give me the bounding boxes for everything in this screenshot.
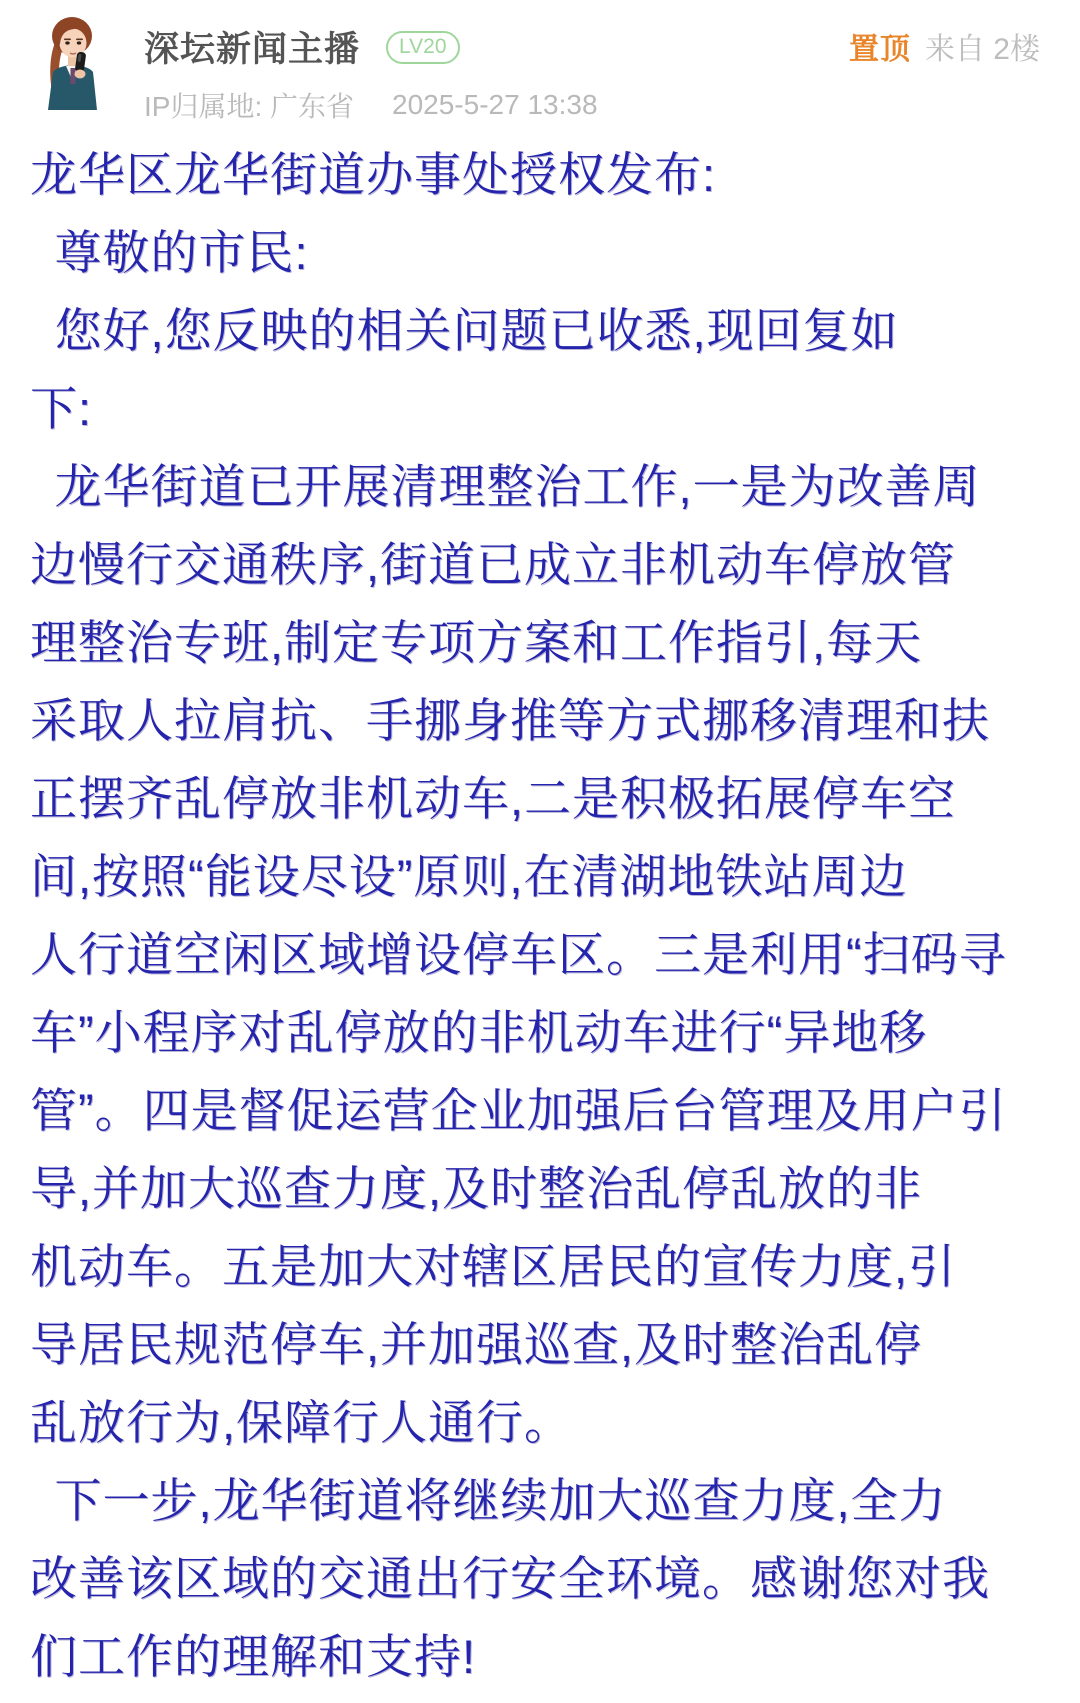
body-text-line: 车”小程序对乱停放的非机动车进行“异地移 (30, 994, 1052, 1072)
post-header: 深坛新闻主播 LV20 IP归属地: 广东省 2025-5-27 13:38 置… (0, 0, 1080, 120)
user-avatar[interactable] (40, 14, 100, 110)
body-text-line: 下一步,龙华街道将继续加大巡查力度,全力 (30, 1462, 1052, 1540)
forum-post-card: 深坛新闻主播 LV20 IP归属地: 广东省 2025-5-27 13:38 置… (0, 0, 1080, 1703)
news-anchor-avatar-icon (40, 14, 100, 110)
body-text-line: 管”。四是督促运营企业加强后台管理及用户引 (30, 1072, 1052, 1150)
body-text-line: 下: (30, 370, 1052, 448)
post-body-text: 龙华区龙华街道办事处授权发布: 尊敬的市民: 您好,您反映的相关问题已收悉,现回… (30, 136, 1052, 1696)
body-text-line: 正摆齐乱停放非机动车,二是积极拓展停车空 (30, 760, 1052, 838)
body-text-line: 乱放行为,保障行人通行。 (30, 1384, 1052, 1462)
ip-location-label: IP归属地: 广东省 (144, 85, 354, 125)
body-text-line: 导居民规范停车,并加强巡查,及时整治乱停 (30, 1306, 1052, 1384)
username[interactable]: 深坛新闻主播 (144, 22, 360, 72)
body-text-line: 您好,您反映的相关问题已收悉,现回复如 (30, 292, 1052, 370)
user-info: 深坛新闻主播 LV20 IP归属地: 广东省 2025-5-27 13:38 (144, 14, 849, 125)
body-text-line: 导,并加大巡查力度,及时整治乱停乱放的非 (30, 1150, 1052, 1228)
body-text-line: 边慢行交通秩序,街道已成立非机动车停放管 (30, 526, 1052, 604)
post-timestamp: 2025-5-27 13:38 (392, 89, 598, 121)
floor-label: 来自 2楼 (925, 24, 1040, 68)
body-text-line: 尊敬的市民: (30, 214, 1052, 292)
body-text-line: 龙华街道已开展清理整治工作,一是为改善周 (30, 448, 1052, 526)
body-text-line: 理整治专班,制定专项方案和工作指引,每天 (30, 604, 1052, 682)
body-text-line: 人行道空闲区域增设停车区。三是利用“扫码寻 (30, 916, 1052, 994)
body-text-line: 们工作的理解和支持! (30, 1618, 1052, 1696)
user-name-row: 深坛新闻主播 LV20 (144, 22, 849, 72)
pinned-badge: 置顶 (849, 24, 911, 68)
post-header-right: 置顶 来自 2楼 (849, 24, 1040, 68)
body-text-line: 机动车。五是加大对辖区居民的宣传力度,引 (30, 1228, 1052, 1306)
body-text-line: 改善该区域的交通出行安全环境。感谢您对我 (30, 1540, 1052, 1618)
user-meta-row: IP归属地: 广东省 2025-5-27 13:38 (144, 85, 849, 125)
body-text-line: 间,按照“能设尽设”原则,在清湖地铁站周边 (30, 838, 1052, 916)
level-badge: LV20 (386, 31, 460, 64)
body-text-line: 采取人拉肩抗、手挪身推等方式挪移清理和扶 (30, 682, 1052, 760)
body-text-line: 龙华区龙华街道办事处授权发布: (30, 136, 1052, 214)
